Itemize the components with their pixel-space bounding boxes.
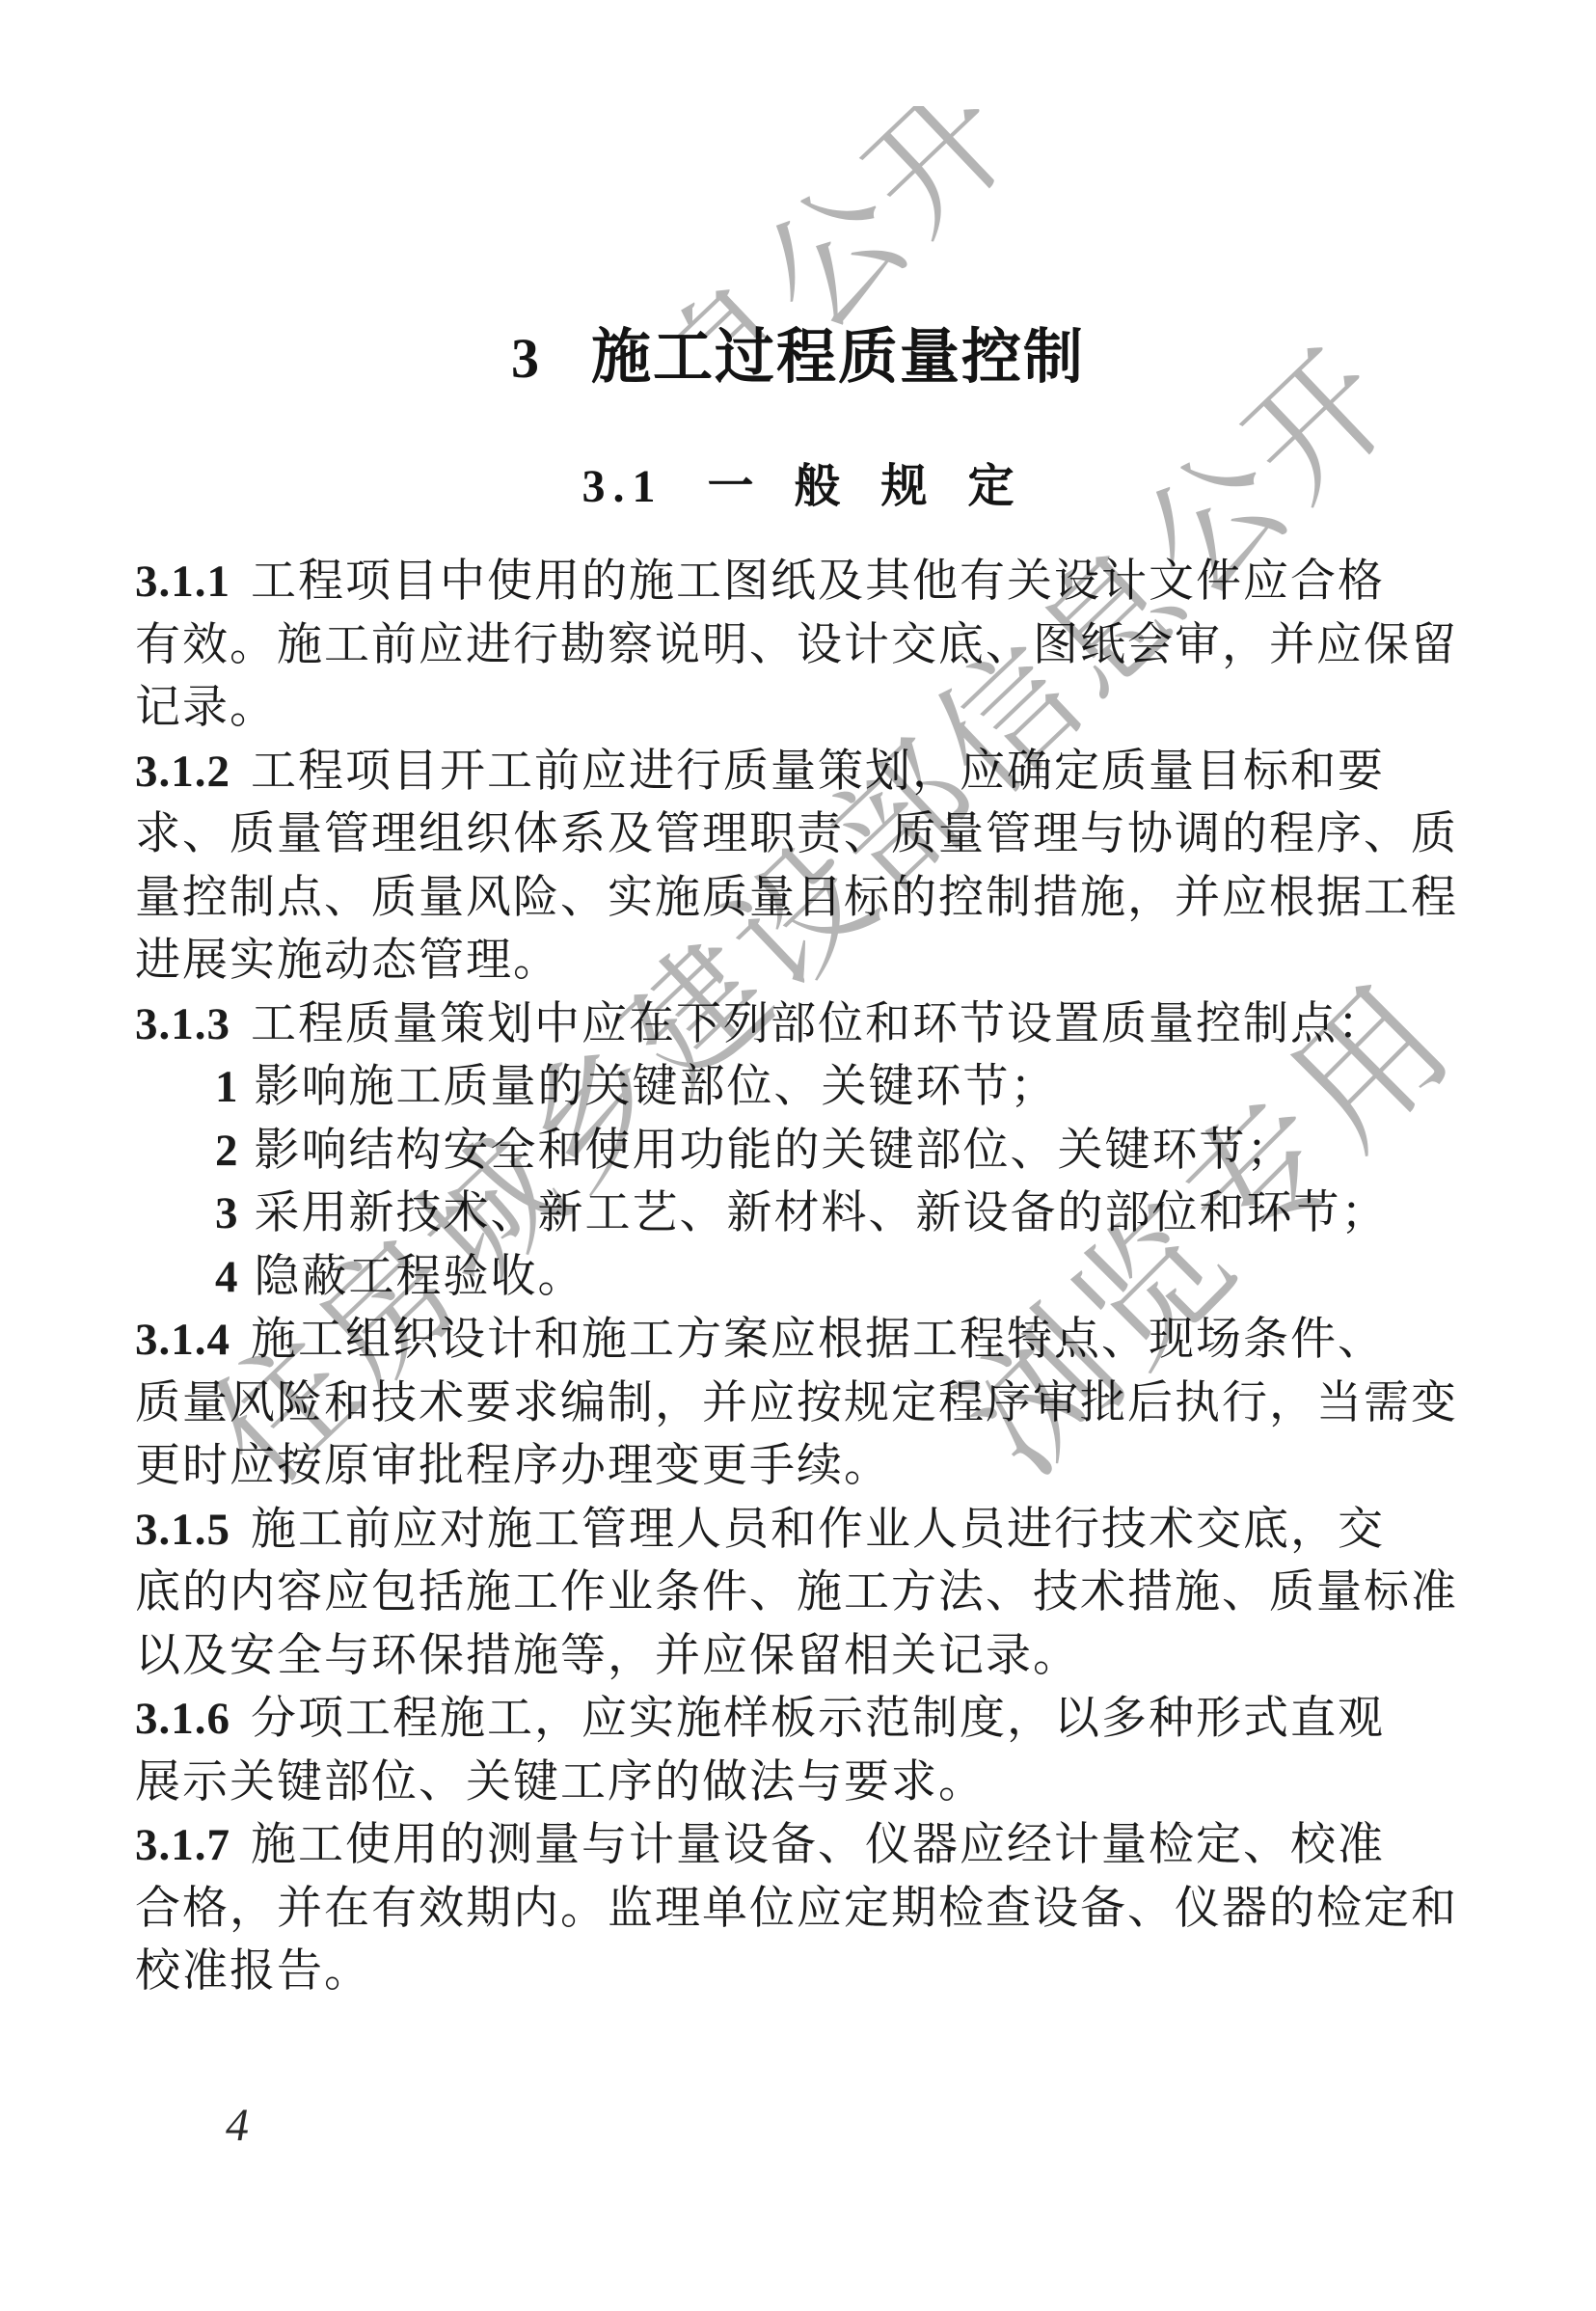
list-item-number: 2	[215, 1120, 240, 1183]
paragraph-first-line: 3.1.1工程项目中使用的施工图纸及其他有关设计文件应合格	[135, 551, 1471, 614]
list-item: 2影响结构安全和使用功能的关键部位、关键环节；	[135, 1120, 1471, 1183]
document-page: 3施工过程质量控制 3.1一般规定 3.1.1工程项目中使用的施工图纸及其他有关…	[0, 0, 1596, 2311]
paragraph-number: 3.1.3	[135, 993, 235, 1057]
paragraph-line: 合格，并在有效期内。监理单位应定期检查设备、仪器的检定和	[135, 1878, 1471, 1942]
list-item: 4隐蔽工程验收。	[135, 1246, 1471, 1310]
paragraph-text: 工程质量策划中应在下列部位和环节设置质量控制点：	[251, 999, 1385, 1049]
paragraph-line: 展示关键部位、关键工序的做法与要求。	[135, 1752, 1471, 1815]
list-item-number: 1	[215, 1056, 240, 1120]
body-text: 3.1.1工程项目中使用的施工图纸及其他有关设计文件应合格有效。施工前应进行勘察…	[135, 551, 1471, 2004]
paragraph-first-line: 3.1.7施工使用的测量与计量设备、仪器应经计量检定、校准	[135, 1814, 1471, 1878]
paragraph-line: 更时应按原审批程序办理变更手续。	[135, 1435, 1471, 1499]
chapter-title: 施工过程质量控制	[591, 325, 1085, 391]
paragraph-line: 量控制点、质量风险、实施质量目标的控制措施，并应根据工程	[135, 867, 1471, 931]
paragraph-number: 3.1.7	[135, 1814, 235, 1878]
list-item-text: 影响结构安全和使用功能的关键部位、关键环节；	[255, 1126, 1294, 1176]
paragraph-line: 有效。施工前应进行勘察说明、设计交底、图纸会审，并应保留	[135, 614, 1471, 678]
paragraph-line: 进展实施动态管理。	[135, 930, 1471, 993]
paragraph-text: 分项工程施工，应实施样板示范制度，以多种形式直观	[251, 1694, 1385, 1744]
list-item-text: 采用新技术、新工艺、新材料、新设备的部位和环节；	[255, 1188, 1389, 1238]
paragraph-line: 以及安全与环保措施等，并应保留相关记录。	[135, 1625, 1471, 1689]
paragraph-number: 3.1.2	[135, 741, 235, 804]
paragraph-text: 工程项目中使用的施工图纸及其他有关设计文件应合格	[251, 557, 1385, 607]
paragraph-line: 底的内容应包括施工作业条件、施工方法、技术措施、质量标准	[135, 1562, 1471, 1625]
paragraph-line: 记录。	[135, 677, 1471, 741]
chapter-heading: 3施工过程质量控制	[0, 322, 1596, 394]
paragraph-text: 施工前应对施工管理人员和作业人员进行技术交底，交	[251, 1505, 1385, 1555]
list-item-text: 隐蔽工程验收。	[255, 1252, 585, 1302]
paragraph-text: 施工组织设计和施工方案应根据工程特点、现场条件、	[251, 1315, 1385, 1365]
paragraph-line: 校准报告。	[135, 1941, 1471, 2004]
paragraph-number: 3.1.1	[135, 551, 235, 614]
watermark-text-corner: 住房城乡建设部信息公开	[656, 106, 1041, 338]
list-item-number: 3	[215, 1183, 240, 1246]
paragraph-first-line: 3.1.2工程项目开工前应进行质量策划，应确定质量目标和要	[135, 741, 1471, 804]
watermark-corner-fragment: 住房城乡建设部信息公开	[656, 106, 1099, 338]
paragraph-number: 3.1.4	[135, 1309, 235, 1373]
paragraph-line: 质量风险和技术要求编制，并应按规定程序审批后执行，当需变	[135, 1373, 1471, 1436]
paragraph-first-line: 3.1.4施工组织设计和施工方案应根据工程特点、现场条件、	[135, 1309, 1471, 1373]
section-title: 一般规定	[707, 461, 1054, 512]
page-number: 4	[226, 2099, 249, 2152]
paragraph-first-line: 3.1.5施工前应对施工管理人员和作业人员进行技术交底，交	[135, 1499, 1471, 1563]
list-item: 1影响施工质量的关键部位、关键环节；	[135, 1056, 1471, 1120]
paragraph-text: 工程项目开工前应进行质量策划，应确定质量目标和要	[251, 747, 1385, 797]
paragraph-line: 求、质量管理组织体系及管理职责、质量管理与协调的程序、质	[135, 803, 1471, 867]
paragraph-number: 3.1.6	[135, 1688, 235, 1752]
paragraph-first-line: 3.1.3工程质量策划中应在下列部位和环节设置质量控制点：	[135, 993, 1471, 1057]
section-number: 3.1	[582, 461, 663, 512]
section-heading: 3.1一般规定	[0, 455, 1596, 519]
chapter-number: 3	[511, 327, 539, 390]
list-item-text: 影响施工质量的关键部位、关键环节；	[255, 1062, 1058, 1112]
paragraph-text: 施工使用的测量与计量设备、仪器应经计量检定、校准	[251, 1820, 1385, 1870]
list-item-number: 4	[215, 1246, 240, 1310]
list-item: 3采用新技术、新工艺、新材料、新设备的部位和环节；	[135, 1183, 1471, 1246]
paragraph-number: 3.1.5	[135, 1499, 235, 1563]
paragraph-first-line: 3.1.6分项工程施工，应实施样板示范制度，以多种形式直观	[135, 1688, 1471, 1752]
